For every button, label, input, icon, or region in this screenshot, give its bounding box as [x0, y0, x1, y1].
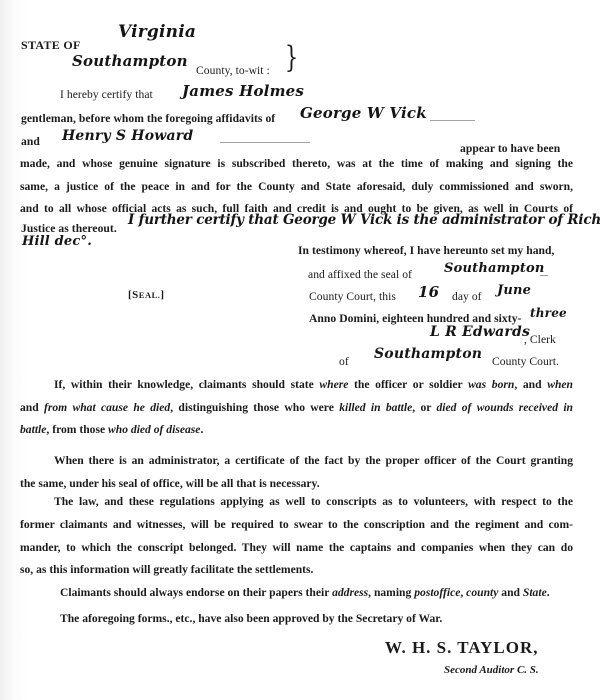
auditor-signature-name: W. H. S. TAYLOR,: [385, 638, 538, 658]
court-county-handwritten: Southampton: [374, 346, 482, 362]
day-handwritten: 16: [418, 283, 439, 301]
of-label: of: [339, 355, 349, 368]
blank-line: [540, 275, 548, 276]
seal-label: [SEAL.]: [128, 289, 165, 301]
instructions-para1-line1: If, within their knowledge, claimants sh…: [54, 378, 573, 391]
instructions-para3-line4: so, as this information will greatly fac…: [20, 563, 313, 576]
certificate-body-line: same, a justice of the peace in and for …: [20, 180, 573, 193]
document-page: STATE OF Virginia Southampton County, to…: [0, 0, 600, 700]
testimony-day-prefix: County Court, this: [309, 290, 396, 303]
day-of-label: day of: [452, 290, 482, 303]
instructions-para3-line3: mander, to which the conscript belonged.…: [20, 541, 573, 554]
brace-icon: }: [285, 40, 298, 75]
handwritten-addendum-line1: I further certify that George W Vick is …: [128, 212, 600, 228]
clerk-label: , Clerk: [524, 333, 556, 346]
auditor-title: Second Auditor C. S.: [444, 664, 539, 676]
state-value-handwritten: Virginia: [118, 22, 196, 42]
testimony-line1: In testimony whereof, I have hereunto se…: [298, 244, 555, 257]
certify-prefix: I hereby certify that: [60, 88, 153, 101]
year-handwritten: three: [530, 306, 567, 320]
affiant-2-handwritten: Henry S Howard: [62, 128, 193, 144]
affiant-1-handwritten: George W Vick: [300, 104, 427, 122]
instructions-para5: The aforegoing forms., etc., have also b…: [60, 612, 442, 625]
instructions-para2-line1: When there is an administrator, a certif…: [54, 454, 573, 467]
certificate-body-line: made, and whose genuine signature is sub…: [20, 157, 573, 170]
instructions-para3-line1: The law, and these regulations applying …: [54, 495, 573, 508]
state-label: STATE OF: [21, 38, 81, 53]
instructions-para3-line2: former claimants and witnesses, will be …: [20, 518, 573, 531]
instructions-para1-line3: battle, from those who died of disease.: [20, 423, 203, 436]
county-label: County, to-wit :: [196, 64, 270, 77]
gentleman-text: gentleman, before whom the foregoing aff…: [21, 112, 275, 125]
month-handwritten: June: [497, 283, 531, 298]
court-label: County Court.: [492, 355, 559, 368]
blank-line: [430, 120, 475, 121]
and-label: and: [21, 135, 40, 148]
instructions-para2-line2: the same, under his seal of office, will…: [20, 477, 320, 490]
clerk-signature-handwritten: L R Edwards: [430, 324, 530, 340]
handwritten-addendum-line2: Hill dec°.: [22, 234, 92, 249]
testimony-seal-prefix: and affixed the seal of: [308, 268, 412, 281]
county-value-handwritten: Southampton: [72, 52, 188, 70]
blank-line: [220, 142, 310, 143]
seal-county-handwritten: Southampton: [444, 261, 545, 276]
appear-text: appear to have been: [460, 142, 560, 155]
certifier-name-handwritten: James Holmes: [182, 82, 304, 100]
instructions-para4: Claimants should always endorse on their…: [60, 586, 550, 599]
instructions-para1-line2: and from what cause he died, distinguish…: [20, 401, 573, 414]
